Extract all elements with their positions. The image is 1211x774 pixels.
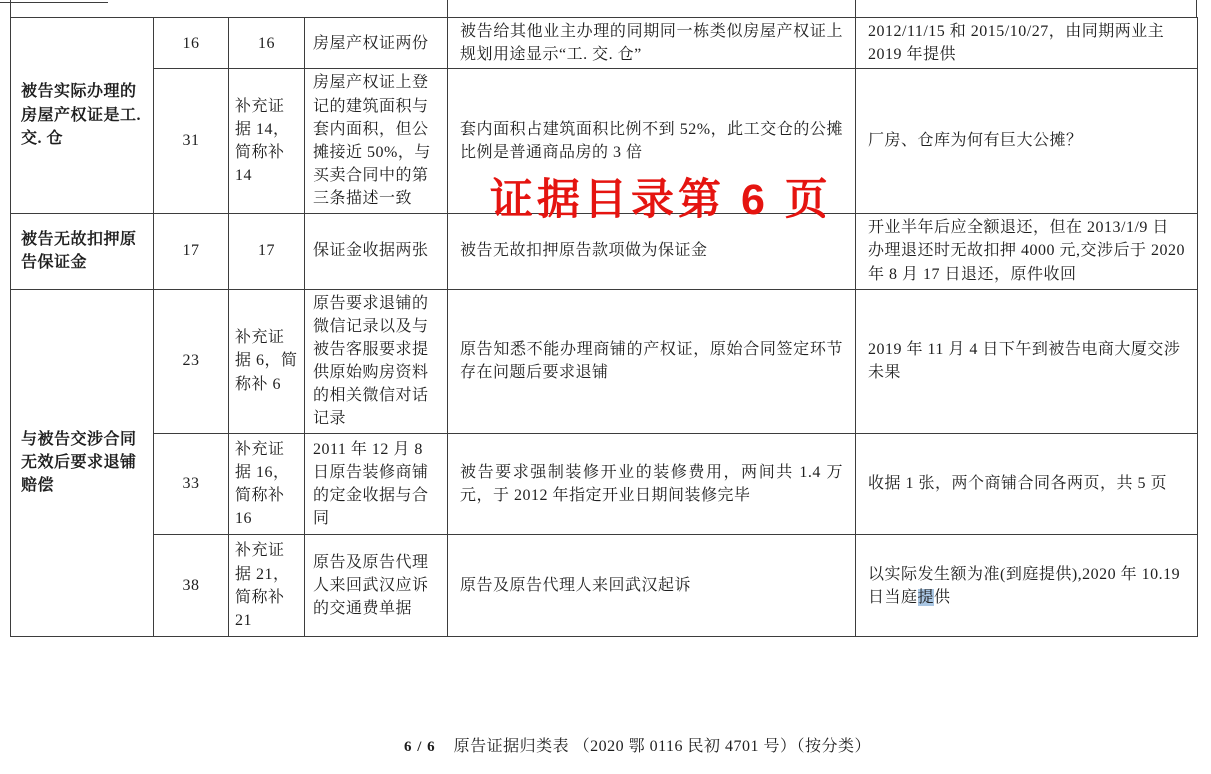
table-row: 与被告交涉合同无效后要求退铺赔偿 23 补充证据 6，简称补 6 原告要求退铺的…	[11, 289, 1198, 433]
table-row: 38 补充证据 21，简称补 21 原告及原告代理人来回武汉应诉的交通费单据 原…	[11, 535, 1198, 637]
note-text: 供	[934, 589, 951, 606]
desc-cell: 被告无故扣押原告款项做为保证金	[448, 213, 856, 289]
document-page: 被告实际办理的房屋产权证是工. 交. 仓 16 16 房屋产权证两份 被告给其他…	[0, 0, 1211, 774]
page-number: 6 / 6	[404, 739, 436, 756]
name-cell: 保证金收据两张	[305, 213, 448, 289]
ref-cell: 补充证据 21，简称补 21	[229, 535, 305, 637]
category-cell: 与被告交涉合同无效后要求退铺赔偿	[11, 289, 154, 637]
ref-cell: 补充证据 14，简称补 14	[229, 69, 305, 213]
seq-cell: 31	[154, 69, 229, 213]
note-cell: 厂房、仓库为何有巨大公摊？	[856, 69, 1198, 213]
name-cell: 2011 年 12 月 8 日原告装修商铺的定金收据与合同	[305, 433, 448, 535]
desc-cell: 原告及原告代理人来回武汉起诉	[448, 535, 856, 637]
note-cell: 2019 年 11 月 4 日下午到被告电商大厦交涉未果	[856, 289, 1198, 433]
desc-cell: 原告知悉不能办理商铺的产权证，原始合同签定环节存在问题后要求退铺	[448, 289, 856, 433]
note-cell: 2012/11/15 和 2015/10/27，由同期两业主 2019 年提供	[856, 18, 1198, 69]
selected-text: 提	[918, 589, 935, 606]
desc-cell: 套内面积占建筑面积比例不到 52%，此工交仓的公摊比例是普通商品房的 3 倍	[448, 69, 856, 213]
evidence-table: 被告实际办理的房屋产权证是工. 交. 仓 16 16 房屋产权证两份 被告给其他…	[10, 17, 1198, 637]
name-cell: 房屋产权证上登记的建筑面积与套内面积，但公摊接近 50%，与买卖合同中的第三条描…	[305, 69, 448, 213]
seq-cell: 16	[154, 18, 229, 69]
category-cell: 被告实际办理的房屋产权证是工. 交. 仓	[11, 18, 154, 214]
table-row: 33 补充证据 16，简称补 16 2011 年 12 月 8 日原告装修商铺的…	[11, 433, 1198, 535]
note-cell: 收据 1 张，两个商铺合同各两页，共 5 页	[856, 433, 1198, 535]
desc-cell: 被告给其他业主办理的同期同一栋类似房屋产权证上规划用途显示“工. 交. 仓”	[448, 18, 856, 69]
category-cell: 被告无故扣押原告保证金	[11, 213, 154, 289]
name-cell: 房屋产权证两份	[305, 18, 448, 69]
note-text: 以实际发生额为准(到庭提供),2020 年 10.19 日当庭	[868, 566, 1180, 606]
ref-cell: 16	[229, 18, 305, 69]
table-row: 被告无故扣押原告保证金 17 17 保证金收据两张 被告无故扣押原告款项做为保证…	[11, 213, 1198, 289]
seq-cell: 23	[154, 289, 229, 433]
ref-cell: 17	[229, 213, 305, 289]
page-footer: 6 / 6 原告证据归类表 （2020 鄂 0116 民初 4701 号）（按分…	[0, 733, 1211, 756]
seq-cell: 38	[154, 535, 229, 637]
name-cell: 原告及原告代理人来回武汉应诉的交通费单据	[305, 535, 448, 637]
ref-cell: 补充证据 16，简称补 16	[229, 433, 305, 535]
seq-cell: 17	[154, 213, 229, 289]
note-cell: 以实际发生额为准(到庭提供),2020 年 10.19 日当庭提供	[856, 535, 1198, 637]
table-border-stub	[10, 0, 11, 17]
desc-cell: 被告要求强制装修开业的装修费用，两间共 1.4 万元，于 2012 年指定开业日…	[448, 433, 856, 535]
table-border-stub	[1196, 0, 1197, 17]
table-row: 被告实际办理的房屋产权证是工. 交. 仓 16 16 房屋产权证两份 被告给其他…	[11, 18, 1198, 69]
table-row: 31 补充证据 14，简称补 14 房屋产权证上登记的建筑面积与套内面积，但公摊…	[11, 69, 1198, 213]
note-cell: 开业半年后应全额退还，但在 2013/1/9 日办理退还时无故扣押 4000 元…	[856, 213, 1198, 289]
document-title: 原告证据归类表 （2020 鄂 0116 民初 4701 号）（按分类）	[454, 733, 871, 756]
clipped-row-border	[0, 2, 108, 3]
table-border-stub	[855, 0, 856, 17]
seq-cell: 33	[154, 433, 229, 535]
name-cell: 原告要求退铺的微信记录以及与被告客服要求提供原始购房资料的相关微信对话记录	[305, 289, 448, 433]
table-border-stub	[447, 0, 448, 17]
ref-cell: 补充证据 6，简称补 6	[229, 289, 305, 433]
